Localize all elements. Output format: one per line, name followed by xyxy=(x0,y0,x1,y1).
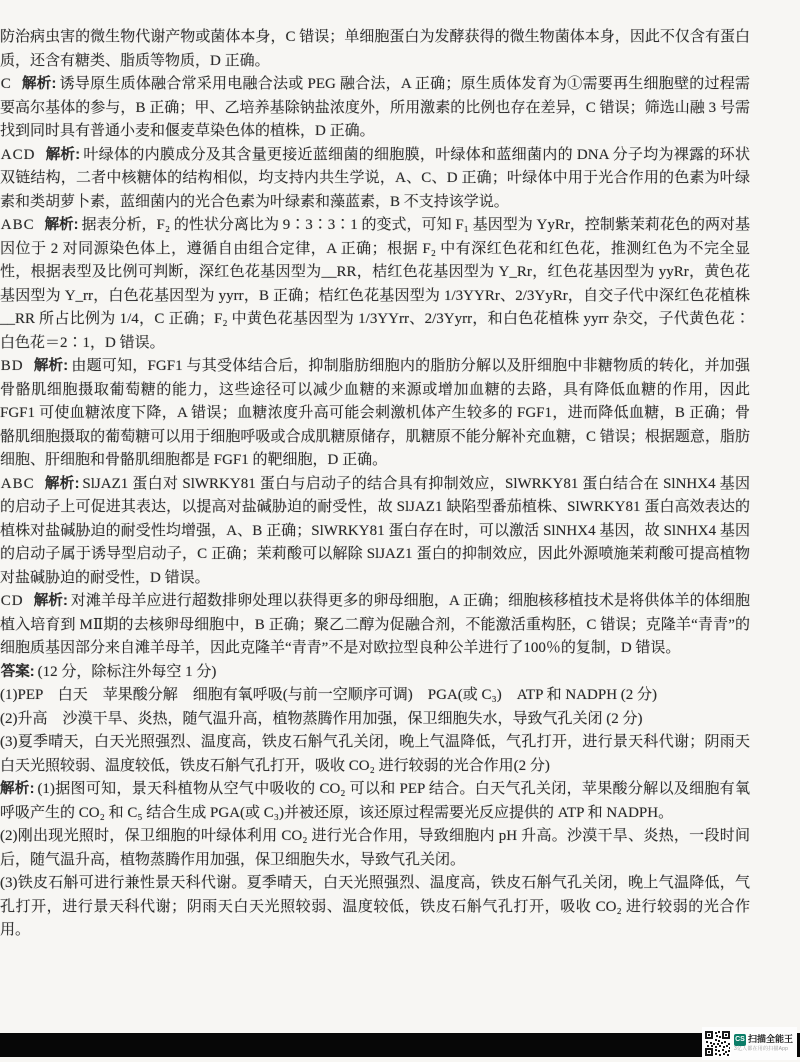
item-answer: BD xyxy=(1,358,24,374)
watermark-brand-name: 扫描全能王 xyxy=(748,1035,793,1045)
analysis-label: 解析: xyxy=(0,781,34,797)
qr-code-icon xyxy=(704,1030,731,1057)
camscanner-watermark: CS 扫描全能王 3亿人都在用的扫描App xyxy=(702,1027,797,1060)
analysis-label: 解析: xyxy=(45,217,79,233)
item-text: 诱导原生质体融合常采用电融合法或 PEG 融合法，A 正确；原生质体发育为①需要… xyxy=(0,76,750,139)
answer-item-17: 17.ABC解析:SlJAZ1 蛋白对 SlWRKY81 蛋白与启动子的结合具有… xyxy=(0,473,750,591)
item-19-analysis-1: 解析:(1)据图可知，景天科植物从空气中吸收的 CO₂ 可以和 PEP 结合。白… xyxy=(0,778,750,825)
item-text: (2)升高 沙漠干旱、炎热，随气温升高，植物蒸腾作用加强，保卫细胞失水，导致气孔… xyxy=(0,711,643,727)
item-text: 防治病虫害的微生物代谢产物或菌体本身，C 错误；单细胞蛋白为发酵获得的微生物菌体… xyxy=(0,29,750,69)
item-19-answer-3: (3)夏季晴天，白天光照强烈、温度高，铁皮石斛气孔关闭，晚上气温降低，气孔打开，… xyxy=(0,731,750,778)
answer-item-15: 15.ABC解析:据表分析，F₂ 的性状分离比为 9∶3∶3∶1 的变式，可知 … xyxy=(0,214,750,355)
item-19-answer-2: (2)升高 沙漠干旱、炎热，随气温升高，植物蒸腾作用加强，保卫细胞失水，导致气孔… xyxy=(0,708,750,732)
item-text: 据表分析，F₂ 的性状分离比为 9∶3∶3∶1 的变式，可知 F₁ 基因型为 Y… xyxy=(0,217,750,351)
analysis-label: 解析: xyxy=(45,476,80,492)
item-text: (12 分，除标注外每空 1 分) xyxy=(38,664,217,680)
scanned-answer-key-page: 防治病虫害的微生物代谢产物或菌体本身，C 错误；单细胞蛋白为发酵获得的微生物菌体… xyxy=(0,0,800,1062)
item-text: SlJAZ1 蛋白对 SlWRKY81 蛋白与启动子的结合具有抑制效应，SlWR… xyxy=(0,476,750,586)
item-19-answer-1: (1)PEP 白天 苹果酸分解 细胞有氧呼吸(与前一空顺序可调) PGA(或 C… xyxy=(0,684,750,708)
item-text: (1)据图可知，景天科植物从空气中吸收的 CO₂ 可以和 PEP 结合。白天气孔… xyxy=(0,781,750,821)
answer-item-13: 13.C解析:诱导原生质体融合常采用电融合法或 PEG 融合法，A 正确；原生质… xyxy=(0,73,750,144)
camscanner-logo-icon: CS xyxy=(734,1034,746,1046)
item-text: 叶绿体的内膜成分及其含量更接近蓝细菌的细胞膜，叶绿体和蓝细菌内的 DNA 分子均… xyxy=(0,147,750,210)
item-text: 对滩羊母羊应进行超数排卵处理以获得更多的卵母细胞，A 正确；细胞核移植技术是将供… xyxy=(0,593,750,656)
analysis-label: 解析: xyxy=(34,358,69,374)
item-answer: ABC xyxy=(1,217,35,233)
answer-item-19-head: 19.答案:(12 分，除标注外每空 1 分) xyxy=(0,661,750,685)
scan-edge-bar xyxy=(0,1033,800,1057)
item-answer: ACD xyxy=(1,147,36,163)
analysis-label: 解析: xyxy=(34,593,68,609)
answer-item-14: 14.ACD解析:叶绿体的内膜成分及其含量更接近蓝细菌的细胞膜，叶绿体和蓝细菌内… xyxy=(0,144,750,215)
item-text: 由题可知，FGF1 与其受体结合后，抑制脂肪细胞内的脂肪分解以及肝细胞中非糖物质… xyxy=(0,358,750,468)
item-19-analysis-2: (2)刚出现光照时，保卫细胞的叶绿体利用 CO₂ 进行光合作用，导致细胞内 pH… xyxy=(0,825,750,872)
watermark-text-block: CS 扫描全能王 3亿人都在用的扫描App xyxy=(734,1034,793,1053)
answer-item-16: 16.BD解析:由题可知，FGF1 与其受体结合后，抑制脂肪细胞内的脂肪分解以及… xyxy=(0,355,750,473)
item-answer: C xyxy=(1,76,12,92)
item-19-analysis-3: (3)铁皮石斛可进行兼性景天科代谢。夏季晴天，白天光照强烈、温度高，铁皮石斛气孔… xyxy=(0,872,750,943)
answer-item-18: 18.CD解析:对滩羊母羊应进行超数排卵处理以获得更多的卵母细胞，A 正确；细胞… xyxy=(0,590,750,661)
item-answer: CD xyxy=(1,593,24,609)
item-12-continuation: 防治病虫害的微生物代谢产物或菌体本身，C 错误；单细胞蛋白为发酵获得的微生物菌体… xyxy=(0,26,750,73)
item-answer: ABC xyxy=(1,476,35,492)
watermark-tagline: 3亿人都在用的扫描App xyxy=(734,1047,793,1053)
item-text: (2)刚出现光照时，保卫细胞的叶绿体利用 CO₂ 进行光合作用，导致细胞内 pH… xyxy=(0,828,750,868)
item-text: (1)PEP 白天 苹果酸分解 细胞有氧呼吸(与前一空顺序可调) PGA(或 C… xyxy=(0,687,657,703)
analysis-label: 解析: xyxy=(22,76,57,92)
analysis-label: 解析: xyxy=(45,147,80,163)
answer-key-content: 防治病虫害的微生物代谢产物或菌体本身，C 错误；单细胞蛋白为发酵获得的微生物菌体… xyxy=(0,26,750,943)
item-text: (3)夏季晴天，白天光照强烈、温度高，铁皮石斛气孔关闭，晚上气温降低，气孔打开，… xyxy=(0,734,750,774)
answer-label: 答案: xyxy=(1,664,35,680)
item-text: (3)铁皮石斛可进行兼性景天科代谢。夏季晴天，白天光照强烈、温度高，铁皮石斛气孔… xyxy=(0,875,750,938)
